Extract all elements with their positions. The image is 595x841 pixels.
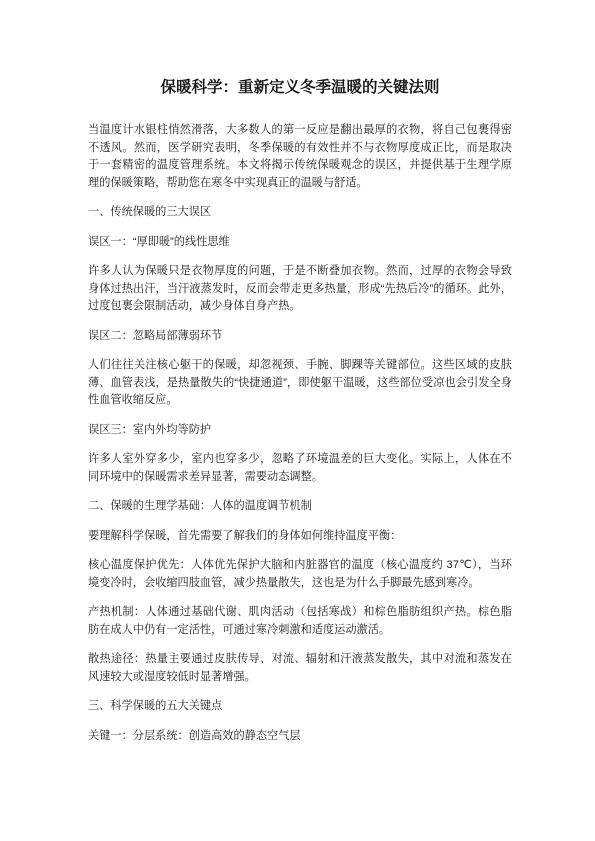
- intro-paragraph: 当温度计水银柱悄然滑落，大多数人的第一反应是翻出最厚的衣物，将自己包裹得密不透风…: [88, 122, 512, 192]
- section-2-heading: 二、保暖的生理学基础：人体的温度调节机制: [88, 498, 512, 516]
- myth-3-paragraph: 许多人室外穿多少，室内也穿多少，忽略了环境温差的巨大变化。实际上，人体在不同环境…: [88, 451, 512, 486]
- document-page: 保暖科学：重新定义冬季温暖的关键法则 当温度计水银柱悄然滑落，大多数人的第一反应…: [0, 0, 595, 841]
- myth-2-paragraph: 人们往往关注核心躯干的保暖，却忽视颈、手腕、脚踝等关键部位。这些区域的皮肤薄、血…: [88, 357, 512, 410]
- physiology-intro-paragraph: 要理解科学保暖，首先需要了解我们的身体如何维持温度平衡：: [88, 528, 512, 546]
- myth-2-heading: 误区二：忽略局部薄弱环节: [88, 328, 512, 346]
- section-3-heading: 三、科学保暖的五大关键点: [88, 698, 512, 716]
- myth-1-heading: 误区一：“厚即暖”的线性思维: [88, 234, 512, 252]
- document-title: 保暖科学：重新定义冬季温暖的关键法则: [88, 76, 512, 100]
- key-point-1-heading: 关键一：分层系统：创造高效的静态空气层: [88, 728, 512, 746]
- myth-3-heading: 误区三：室内外均等防护: [88, 422, 512, 440]
- myth-1-paragraph: 许多人认为保暖只是衣物厚度的问题，于是不断叠加衣物。然而，过厚的衣物会导致身体过…: [88, 263, 512, 316]
- heat-production-paragraph: 产热机制：人体通过基础代谢、肌肉活动（包括寒战）和棕色脂肪组织产热。棕色脂肪在成…: [88, 604, 512, 639]
- core-temperature-paragraph: 核心温度保护优先：人体优先保护大脑和内脏器官的温度（核心温度约 37℃），当环境…: [88, 557, 512, 592]
- section-1-heading: 一、传统保暖的三大误区: [88, 204, 512, 222]
- heat-loss-paragraph: 散热途径：热量主要通过皮肤传导、对流、辐射和汗液蒸发散失，其中对流和蒸发在风速较…: [88, 651, 512, 686]
